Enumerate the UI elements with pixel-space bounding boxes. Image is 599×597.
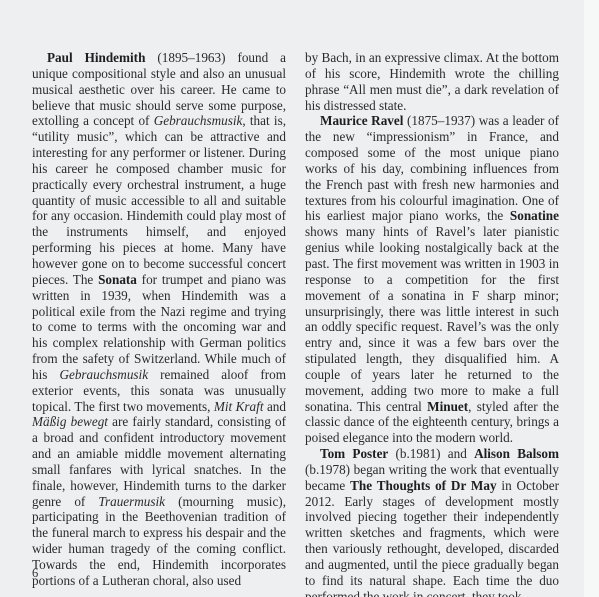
bold-text-run: Sonatine [510, 208, 559, 223]
booklet-page: Paul Hindemith (1895–1963) found a uniqu… [0, 0, 584, 597]
page-edge [584, 0, 599, 597]
text-run: and [263, 399, 286, 414]
poster-balsom-paragraph: Tom Poster (b.1981) and Alison Balsom (b… [305, 446, 559, 597]
hindemith-continuation-paragraph: by Bach, in an expressive climax. At the… [305, 50, 559, 113]
right-column: by Bach, in an expressive climax. At the… [305, 50, 559, 597]
bold-text-run: Minuet [427, 399, 468, 414]
italic-text-run: Gebrauchsmusik [154, 113, 243, 128]
bold-text-run: Sonata [98, 272, 137, 287]
text-run: by Bach, in an expressive climax. At the… [305, 50, 559, 113]
left-column: Paul Hindemith (1895–1963) found a uniqu… [32, 50, 286, 589]
bold-text-run: Paul Hindemith [47, 50, 145, 65]
hindemith-paragraph: Paul Hindemith (1895–1963) found a uniqu… [32, 50, 286, 589]
text-run: (b.1981) and [388, 446, 474, 461]
text-run: in October 2012. Early stages of develop… [305, 478, 559, 597]
text-run: (1875–1937) was a leader of the new “imp… [305, 113, 559, 223]
bold-text-run: Maurice Ravel [320, 113, 403, 128]
italic-text-run: Trauermusik [98, 494, 165, 509]
bold-text-run: The Thoughts of Dr May [350, 478, 496, 493]
text-run: , that is, “utility music”, which can be… [32, 113, 286, 286]
italic-text-run: Gebrauchsmusik [59, 367, 148, 382]
italic-text-run: Mit Kraft [214, 399, 264, 414]
text-run: shows many hints of Ravel’s later pianis… [305, 224, 559, 413]
bold-text-run: Tom Poster [320, 446, 388, 461]
text-run: for trumpet and piano was written in 193… [32, 272, 286, 382]
page-number: 6 [32, 566, 38, 581]
bold-text-run: Alison Balsom [474, 446, 559, 461]
ravel-paragraph: Maurice Ravel (1875–1937) was a leader o… [305, 113, 559, 446]
italic-text-run: Mäßig bewegt [32, 414, 108, 429]
